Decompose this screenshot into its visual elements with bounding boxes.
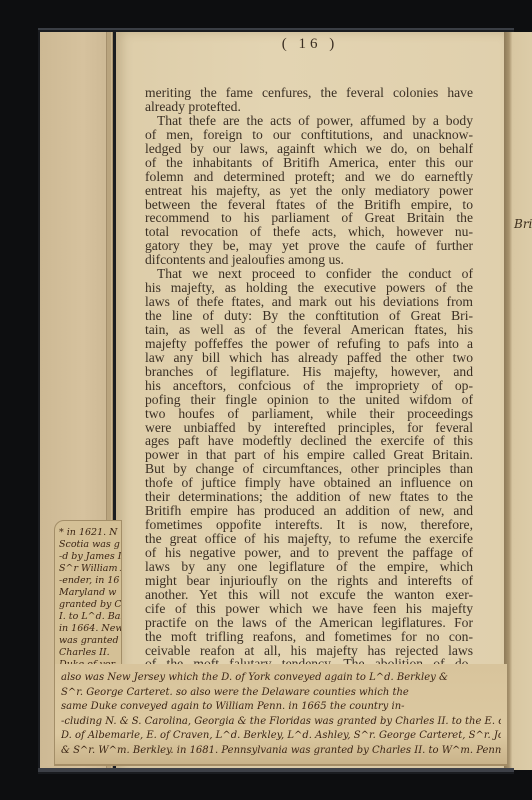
text-line: laws of thefe ftates, and mark out his d… — [145, 295, 473, 309]
text-line: branches of legiflature. His majefty, ho… — [145, 365, 473, 379]
handwritten-line: also was New Jersey which the D. of York… — [61, 670, 501, 686]
text-line: Britifh empire has produced an addition … — [145, 504, 473, 518]
page-body-text: meriting the fame cenfures, the feveral … — [145, 86, 473, 671]
text-line: another. Yet this will not excufe the wa… — [145, 588, 473, 602]
text-line: power in that part of his empire called … — [145, 448, 473, 462]
text-line: majefty poffeffes the power of refufing … — [145, 337, 473, 351]
margin-note: Bri — [514, 217, 532, 231]
text-line: of the inhabitants of Britifh America, e… — [145, 156, 473, 170]
handwritten-line: & S^r. W^m. Berkley. in 1681. Pennsylvan… — [61, 743, 501, 759]
text-line: That we next proceed to confider the con… — [145, 267, 473, 281]
handwritten-line: same Duke conveyed again to William Penn… — [61, 699, 501, 715]
text-line: laws by any one legiflature of the empir… — [145, 560, 473, 574]
text-line: were unbiaffed by interefted principles,… — [145, 421, 473, 435]
text-line: folemn and determined proteft; and we do… — [145, 170, 473, 184]
text-line: meriting the fame cenfures, the feveral … — [145, 86, 473, 100]
text-line: of his negative power, and to prevent th… — [145, 546, 473, 560]
handwritten-line: S^r. George Carteret. so also were the D… — [61, 685, 501, 701]
page-number: ( 16 ) — [116, 36, 504, 53]
text-line: difcontents and jealoufies among us. — [145, 253, 473, 267]
text-line: practife on the laws of the American leg… — [145, 616, 473, 630]
handwritten-line: D. of Albemarle, E. of Craven, L^d. Berk… — [61, 728, 501, 744]
text-line: his anceftors, confcious of the impropri… — [145, 379, 473, 393]
text-line: gatory they be, may yet prove the caufe … — [145, 239, 473, 253]
text-line: total revocation of thefe acts, which, h… — [145, 225, 473, 239]
text-line: the great office of his majefty, to refu… — [145, 532, 473, 546]
text-line: But by change of circumftances, other pr… — [145, 462, 473, 476]
text-line: pofing their fingle opinion to the unite… — [145, 393, 473, 407]
binding-bottom-edge — [38, 768, 514, 772]
text-line: thofe of juftice fimply have obtained an… — [145, 476, 473, 490]
text-line: fometimes oppofite interefts. It is now,… — [145, 518, 473, 532]
text-line: of men, foreign to our conftitutions, an… — [145, 128, 473, 142]
next-page-edge: Bri — [504, 32, 532, 770]
text-line: law any bill which has already paffed th… — [145, 351, 473, 365]
text-line: entreat his majefty, as yet the only med… — [145, 184, 473, 198]
text-line: ledged by our laws, againft which we do,… — [145, 142, 473, 156]
text-line: ceivable reafon at all, his majefty has … — [145, 644, 473, 658]
text-line: tain, as well as of the feveral American… — [145, 323, 473, 337]
text-line: already protefted. — [145, 100, 473, 114]
text-line: the moft trifling reafons, and fometimes… — [145, 630, 473, 644]
handwritten-note-slip: * in 1621. NScotia was g-d by James IS^r… — [54, 520, 122, 672]
text-line: ages paft have modeftly declined the exe… — [145, 434, 473, 448]
text-line: his majefty, as holding the executive po… — [145, 281, 473, 295]
text-line: two houfes of parliament, while their pr… — [145, 407, 473, 421]
handwritten-line: -cluding N. & S. Carolina, Georgia & the… — [61, 714, 501, 730]
text-line: between the feveral ftates of the Britif… — [145, 198, 473, 212]
text-line: their determinations; the addition of ne… — [145, 490, 473, 504]
handwritten-note-bottom: also was New Jersey which the D. of York… — [54, 664, 507, 766]
text-line: That thefe are the acts of power, affume… — [145, 114, 473, 128]
text-line: might bear injurioufly on the rights and… — [145, 574, 473, 588]
text-line: cife of this power which we have feen hi… — [145, 602, 473, 616]
text-line: recommend to his parliament of Great Bri… — [145, 211, 473, 225]
text-line: the line of duty: By the conftitution of… — [145, 309, 473, 323]
